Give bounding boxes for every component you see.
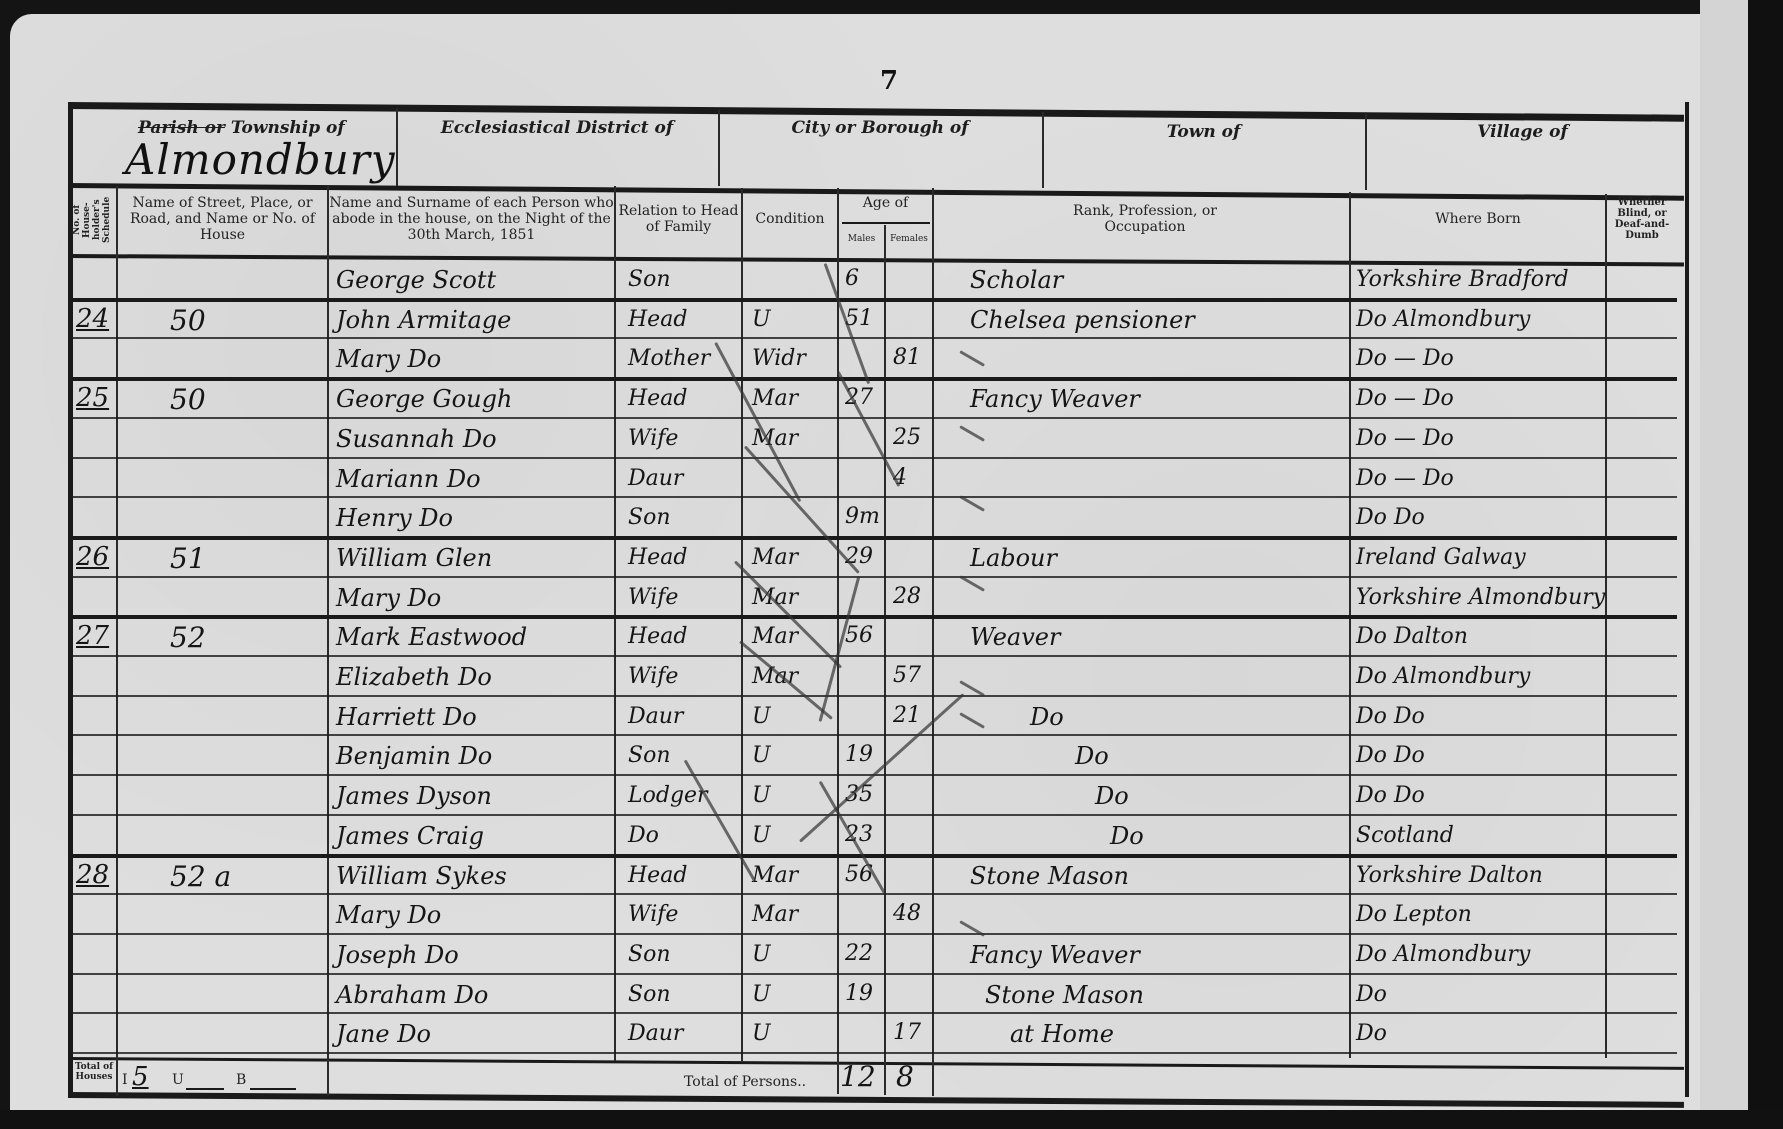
birthplace: Do Do xyxy=(1356,505,1425,530)
row-rule xyxy=(73,1052,1677,1054)
relation: Head xyxy=(628,386,687,411)
condition: Mar xyxy=(752,902,798,927)
col-header-schedule: No. of House-holder's Schedule xyxy=(72,190,112,250)
col-divider xyxy=(837,188,839,1094)
birthplace: Yorkshire Dalton xyxy=(1356,863,1543,888)
total-females: 8 xyxy=(896,1060,914,1093)
schedule-number: 28 xyxy=(76,860,109,890)
age-female: 81 xyxy=(893,345,921,370)
birthplace: Do xyxy=(1356,982,1387,1007)
relation: Son xyxy=(628,743,671,768)
condition: U xyxy=(752,307,771,332)
birthplace: Do Do xyxy=(1356,743,1425,768)
relation: Mother xyxy=(628,346,710,371)
row-rule xyxy=(73,695,1677,697)
inhabited-value: 5 xyxy=(132,1062,149,1092)
birthplace: Scotland xyxy=(1356,823,1454,848)
age-male: 22 xyxy=(845,941,873,966)
total-males: 12 xyxy=(840,1060,876,1093)
relation: Head xyxy=(628,307,687,332)
row-rule xyxy=(73,734,1677,736)
schedule-number: 24 xyxy=(76,304,109,334)
row-rule xyxy=(73,655,1677,657)
person-name: Mary Do xyxy=(336,584,441,612)
age-female: 21 xyxy=(893,703,921,728)
col-divider xyxy=(614,186,616,1061)
row-rule xyxy=(73,417,1677,419)
relation: Daur xyxy=(628,1021,683,1046)
age-male: 19 xyxy=(845,742,873,767)
row-rule xyxy=(73,377,1677,381)
row-rule xyxy=(73,854,1677,858)
schedule-number: 27 xyxy=(76,621,109,651)
row-rule xyxy=(73,576,1677,578)
birthplace: Do Dalton xyxy=(1356,624,1468,649)
relation: Do xyxy=(628,823,659,848)
schedule-number: 26 xyxy=(76,542,109,572)
row-rule xyxy=(73,893,1677,895)
uninhabited-label: U xyxy=(172,1072,184,1088)
person-name: George Gough xyxy=(336,385,512,413)
town-label: Town of xyxy=(1042,112,1365,192)
col-divider xyxy=(1349,192,1351,1058)
uninhabited-blank xyxy=(186,1088,224,1090)
page-edge xyxy=(1700,0,1748,1129)
person-name: Mariann Do xyxy=(336,465,481,493)
condition: U xyxy=(752,1021,771,1046)
condition: Widr xyxy=(752,346,806,371)
row-rule xyxy=(73,337,1677,339)
col-divider xyxy=(932,188,934,1096)
inhabited-label: I xyxy=(122,1072,128,1088)
age-female: 48 xyxy=(893,901,921,926)
relation: Wife xyxy=(628,426,678,451)
person-name: Elizabeth Do xyxy=(336,663,492,691)
relation: Head xyxy=(628,545,687,570)
occupation: Labour xyxy=(970,544,1057,572)
birthplace: Do Do xyxy=(1356,704,1425,729)
relation: Wife xyxy=(628,585,678,610)
condition: U xyxy=(752,823,771,848)
occupation: Do xyxy=(1030,703,1064,731)
person-name: Mary Do xyxy=(336,901,441,929)
total-persons-label: Total of Persons.. xyxy=(684,1074,806,1090)
col-header-street: Name of Street, Place, or Road, and Name… xyxy=(118,186,327,252)
relation: Wife xyxy=(628,902,678,927)
age-female: 17 xyxy=(893,1020,921,1045)
condition: Mar xyxy=(752,426,798,451)
person-name: Jane Do xyxy=(336,1020,431,1048)
scan-border-bottom xyxy=(0,1110,1783,1129)
col-header-blind: Whether Blind, or Deaf-and-Dumb xyxy=(1607,186,1677,252)
relation: Daur xyxy=(628,704,683,729)
condition: Mar xyxy=(752,545,798,570)
col-header-condition: Condition xyxy=(743,186,837,252)
age-male: 19 xyxy=(845,981,873,1006)
occupation: Weaver xyxy=(970,623,1060,651)
col-divider xyxy=(116,186,118,1096)
relation: Daur xyxy=(628,466,683,491)
total-houses-label: Total of Houses xyxy=(73,1062,115,1082)
condition: Mar xyxy=(752,863,798,888)
occupation: Chelsea pensioner xyxy=(970,306,1195,334)
row-rule xyxy=(73,814,1677,816)
row-rule xyxy=(73,933,1677,935)
birthplace: Do Almondbury xyxy=(1356,664,1530,689)
occupation: Fancy Weaver xyxy=(970,385,1140,413)
scan-border-right xyxy=(1748,0,1783,1129)
col-header-males: Males xyxy=(839,226,884,252)
person-name: Henry Do xyxy=(336,504,453,532)
birthplace: Ireland Galway xyxy=(1356,545,1526,570)
person-name: Mary Do xyxy=(336,345,441,373)
person-name: George Scott xyxy=(336,266,496,294)
occupation: Stone Mason xyxy=(970,862,1129,890)
col-divider xyxy=(327,186,329,1096)
person-name: Benjamin Do xyxy=(336,742,492,770)
city-borough-label: City or Borough of xyxy=(718,108,1042,188)
age-male: 56 xyxy=(845,623,873,648)
condition: U xyxy=(752,942,771,967)
township-value: Almondbury xyxy=(125,135,396,184)
occupation: Fancy Weaver xyxy=(970,941,1140,969)
row-rule xyxy=(73,973,1677,975)
person-name: William Glen xyxy=(336,544,492,572)
person-name: William Sykes xyxy=(336,862,507,890)
relation: Son xyxy=(628,267,671,292)
birthplace: Do — Do xyxy=(1356,466,1454,491)
person-name: Mark Eastwood xyxy=(336,623,527,651)
row-rule xyxy=(73,457,1677,459)
relation: Son xyxy=(628,982,671,1007)
village-label: Village of xyxy=(1365,112,1680,192)
birthplace: Do Lepton xyxy=(1356,902,1472,927)
condition: U xyxy=(752,704,771,729)
col-divider xyxy=(741,188,743,1061)
ecclesiastical-district-label: Ecclesiastical District of xyxy=(396,108,718,188)
condition: Mar xyxy=(752,624,798,649)
col-divider xyxy=(884,225,886,1095)
age-male: 9m xyxy=(845,504,880,529)
occupation: Do xyxy=(1095,782,1129,810)
condition: U xyxy=(752,982,771,1007)
row-rule xyxy=(73,298,1677,302)
birthplace: Do xyxy=(1356,1021,1387,1046)
col-header-name: Name and Surname of each Person who abod… xyxy=(329,186,614,252)
schedule-number: 25 xyxy=(76,383,109,413)
col-header-occupation: Rank, Profession, or Occupation xyxy=(1070,186,1220,252)
house-number: 52 xyxy=(170,621,206,654)
person-name: Abraham Do xyxy=(336,981,488,1009)
birthplace: Yorkshire Bradford xyxy=(1356,267,1569,292)
age-male: 6 xyxy=(845,266,859,291)
col-header-females: Females xyxy=(886,226,932,252)
house-number: 50 xyxy=(170,304,206,337)
person-name: James Dyson xyxy=(336,782,492,810)
person-name: James Craig xyxy=(336,822,484,850)
relation: Son xyxy=(628,942,671,967)
occupation: Stone Mason xyxy=(985,981,1144,1009)
relation: Wife xyxy=(628,664,678,689)
col-header-relation: Relation to Head of Family xyxy=(616,186,741,252)
col-header-age: Age of xyxy=(839,186,932,220)
occupation: Scholar xyxy=(970,266,1063,294)
relation: Lodger xyxy=(628,783,708,808)
birthplace: Do Do xyxy=(1356,783,1425,808)
col-header-born: Where Born xyxy=(1351,186,1605,252)
birthplace: Do Almondbury xyxy=(1356,307,1530,332)
person-name: Harriett Do xyxy=(336,703,477,731)
relation: Son xyxy=(628,505,671,530)
relation: Head xyxy=(628,624,687,649)
age-subrule xyxy=(842,222,930,224)
house-number: 52 a xyxy=(170,860,231,893)
birthplace: Do — Do xyxy=(1356,426,1454,451)
row-rule xyxy=(73,536,1677,540)
age-female: 28 xyxy=(893,584,921,609)
relation: Head xyxy=(628,863,687,888)
birthplace: Yorkshire Almondbury xyxy=(1356,585,1605,610)
row-rule xyxy=(73,615,1677,619)
house-number: 50 xyxy=(170,383,206,416)
person-name: John Armitage xyxy=(336,306,511,334)
condition: U xyxy=(752,783,771,808)
col-divider xyxy=(1605,194,1607,1058)
house-number: 51 xyxy=(170,542,206,575)
birthplace: Do — Do xyxy=(1356,346,1454,371)
row-rule xyxy=(73,1012,1677,1014)
age-female: 25 xyxy=(893,425,921,450)
occupation: Do xyxy=(1110,822,1144,850)
building-label: B xyxy=(236,1072,246,1088)
age-female: 57 xyxy=(893,663,921,688)
row-rule xyxy=(73,496,1677,498)
page-number: 7 xyxy=(880,66,898,96)
occupation: Do xyxy=(1075,742,1109,770)
birthplace: Do — Do xyxy=(1356,386,1454,411)
building-blank xyxy=(250,1088,296,1090)
condition: Mar xyxy=(752,386,798,411)
condition: U xyxy=(752,743,771,768)
occupation: at Home xyxy=(1010,1020,1114,1048)
person-name: Joseph Do xyxy=(336,941,459,969)
birthplace: Do Almondbury xyxy=(1356,942,1530,967)
person-name: Susannah Do xyxy=(336,425,497,453)
